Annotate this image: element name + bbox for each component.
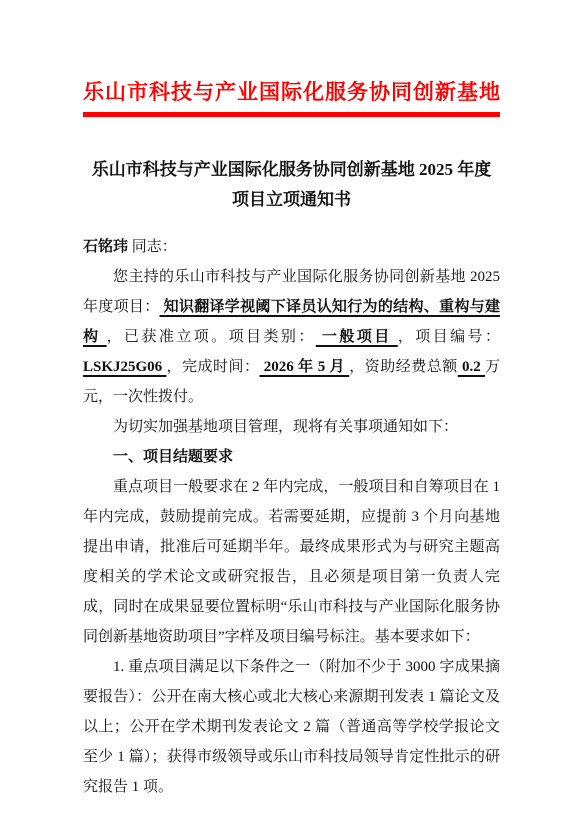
recipient-name: 石铭玮 [83,239,128,255]
paragraph-item1: 1. 重点项目满足以下条件之一（附加不少于 3000 字成果摘要报告）：公开在南… [83,652,500,802]
approval-text-3: ，项目编号： [398,329,500,345]
completion-date-blank: 2026 年 5 月 [259,359,349,375]
paragraph-notice: 为切实加强基地项目管理，现将有关事项通知如下： [83,412,500,442]
approval-text-5: ，资助经费总额 [349,359,458,375]
paragraph-completion-requirements: 重点项目一般要求在 2 年内完成，一般项目和自筹项目在 1 年内完成，鼓励提前完… [83,472,500,652]
salutation: 石铭玮 同志： [83,232,500,262]
document-page: 乐山市科技与产业国际化服务协同创新基地 乐山市科技与产业国际化服务协同创新基地 … [0,0,578,820]
document-title-line1: 乐山市科技与产业国际化服务协同创新基地 2025 年度 [83,155,500,185]
funding-amount-blank: 0.2 [458,359,485,375]
project-category-blank: 一般项目 [316,329,398,345]
approval-text-2: ，已获准立项。项目类别： [107,329,316,345]
letterhead-title: 乐山市科技与产业国际化服务协同创新基地 [83,80,500,104]
project-number-blank: LSKJ25G06 [83,359,166,375]
salutation-suffix: 同志： [128,239,177,255]
document-title-line2: 项目立项通知书 [83,185,500,215]
document-body: 石铭玮 同志： 您主持的乐山市科技与产业国际化服务协同创新基地 2025 年度项… [83,232,500,802]
approval-text-4: ，完成时间： [166,359,259,375]
letterhead: 乐山市科技与产业国际化服务协同创新基地 [83,80,500,117]
section1-heading: 一、项目结题要求 [83,442,500,472]
paragraph-approval: 您主持的乐山市科技与产业国际化服务协同创新基地 2025 年度项目： 知识翻译学… [83,262,500,412]
letterhead-rule [83,112,500,117]
document-title: 乐山市科技与产业国际化服务协同创新基地 2025 年度 项目立项通知书 [83,155,500,215]
